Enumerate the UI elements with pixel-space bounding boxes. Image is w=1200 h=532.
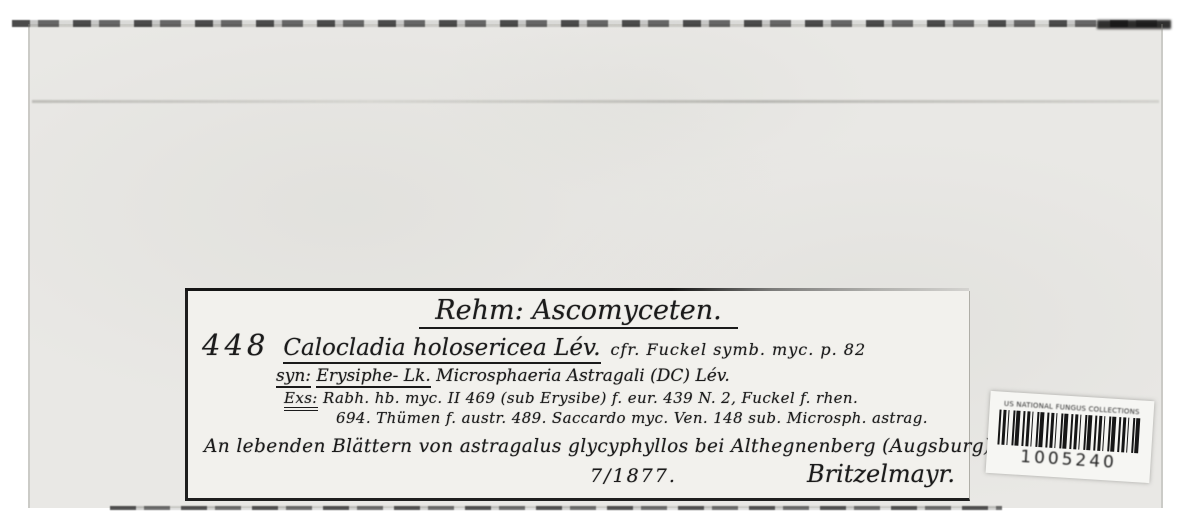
exsiccati-line: Exs: Rabh. hb. myc. II 469 (sub Erysibe)… <box>284 389 965 407</box>
envelope-right-edge <box>1161 24 1163 508</box>
reference-citation: cfr. Fuckel symb. myc. p. 82 <box>611 340 867 359</box>
label-title-text: Rehm: Ascomyceten. <box>419 295 737 329</box>
exsiccati-continuation: 694. Thümen f. austr. 489. Saccardo myc.… <box>336 409 965 427</box>
habitat-line: An lebenden Blättern von astragalus glyc… <box>204 436 965 457</box>
envelope-left-edge <box>28 24 30 508</box>
date-collector-line: 7/1877. Britzelmayr. <box>188 460 969 488</box>
exsiccati-prefix: Exs: <box>284 389 318 411</box>
envelope-top-edge <box>12 20 1171 27</box>
label-title: Rehm: Ascomyceten. <box>188 294 969 327</box>
envelope-bottom-edge <box>110 506 1002 510</box>
synonym-underlined: Erysiphe- Lk. <box>316 366 430 388</box>
specimen-number: 448 <box>202 328 269 362</box>
collector-signature: Britzelmayr. <box>807 460 955 488</box>
synonym-line: syn: Erysiphe- Lk. Microsphaeria Astraga… <box>276 366 965 386</box>
specimen-envelope: Rehm: Ascomyceten. 448 Calocladia holose… <box>28 24 1163 508</box>
collection-date: 7/1877. <box>590 465 677 487</box>
exsiccati-citation-2: 694. Thümen f. austr. 489. Saccardo myc.… <box>336 409 928 427</box>
species-name: Calocladia holosericea Lév. <box>283 335 600 364</box>
synonym-rest: Microsphaeria Astragali (DC) Lév. <box>436 366 730 386</box>
species-line: 448 Calocladia holosericea Lév. cfr. Fuc… <box>202 328 963 364</box>
specimen-scan: Rehm: Ascomyceten. 448 Calocladia holose… <box>0 0 1200 532</box>
exsiccati-citation-1: Rabh. hb. myc. II 469 (sub Erysibe) f. e… <box>323 389 858 407</box>
barcode-sticker: US NATIONAL FUNGUS COLLECTIONS 1005240 <box>986 391 1155 483</box>
envelope-fold-crease <box>32 100 1159 103</box>
synonym-prefix: syn: <box>276 366 311 388</box>
specimen-label: Rehm: Ascomyceten. 448 Calocladia holose… <box>185 291 970 501</box>
